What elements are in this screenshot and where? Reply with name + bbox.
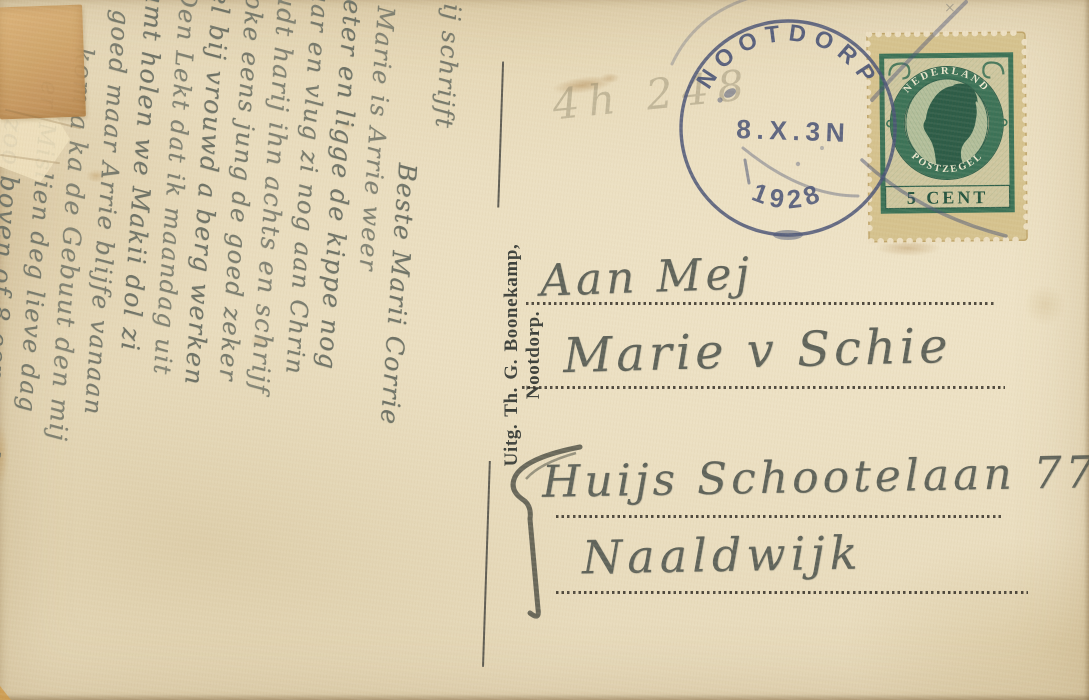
address-line-street: Huijs Schootelaan 77 (542, 447, 1089, 508)
postmark-year: 1928 (748, 177, 828, 215)
publisher-imprint: Uitg. Th. G. Boonekamp, Nootdorp. (501, 205, 527, 505)
svg-text:1928: 1928 (748, 177, 828, 215)
postcard-back: hij schrijft Beste Marii Corrie Marie is… (0, 0, 1089, 700)
publisher-imprint-text: Uitg. Th. G. Boonekamp, Nootdorp. (501, 244, 544, 467)
card-right-edge-shadow (1084, 0, 1089, 700)
stain (1020, 280, 1070, 330)
address-line-recipient-title: Aan Mej (539, 248, 754, 306)
stamp-denomination: 5 CENT (907, 187, 989, 208)
card-bottom-edge-shadow (0, 694, 1089, 700)
ink-smudge (773, 230, 803, 240)
pencil-note: 4h 248 (550, 60, 755, 130)
postmark-outer-ring (681, 21, 895, 235)
address-line-recipient-name: Marie v Schie (562, 318, 952, 384)
address-line-town: Naaldwijk (582, 526, 863, 585)
address-rule-2 (522, 386, 1005, 389)
postage-stamp: NEDERLAND POSTZEGEL 5 CENT (865, 30, 1029, 244)
address-rule-3 (556, 515, 1002, 518)
pencil-corner-mark: × (944, 0, 956, 16)
tape-remnant (0, 5, 86, 120)
postmark-date: 8.X.3N (736, 114, 851, 148)
address-rule-4 (556, 591, 1028, 594)
